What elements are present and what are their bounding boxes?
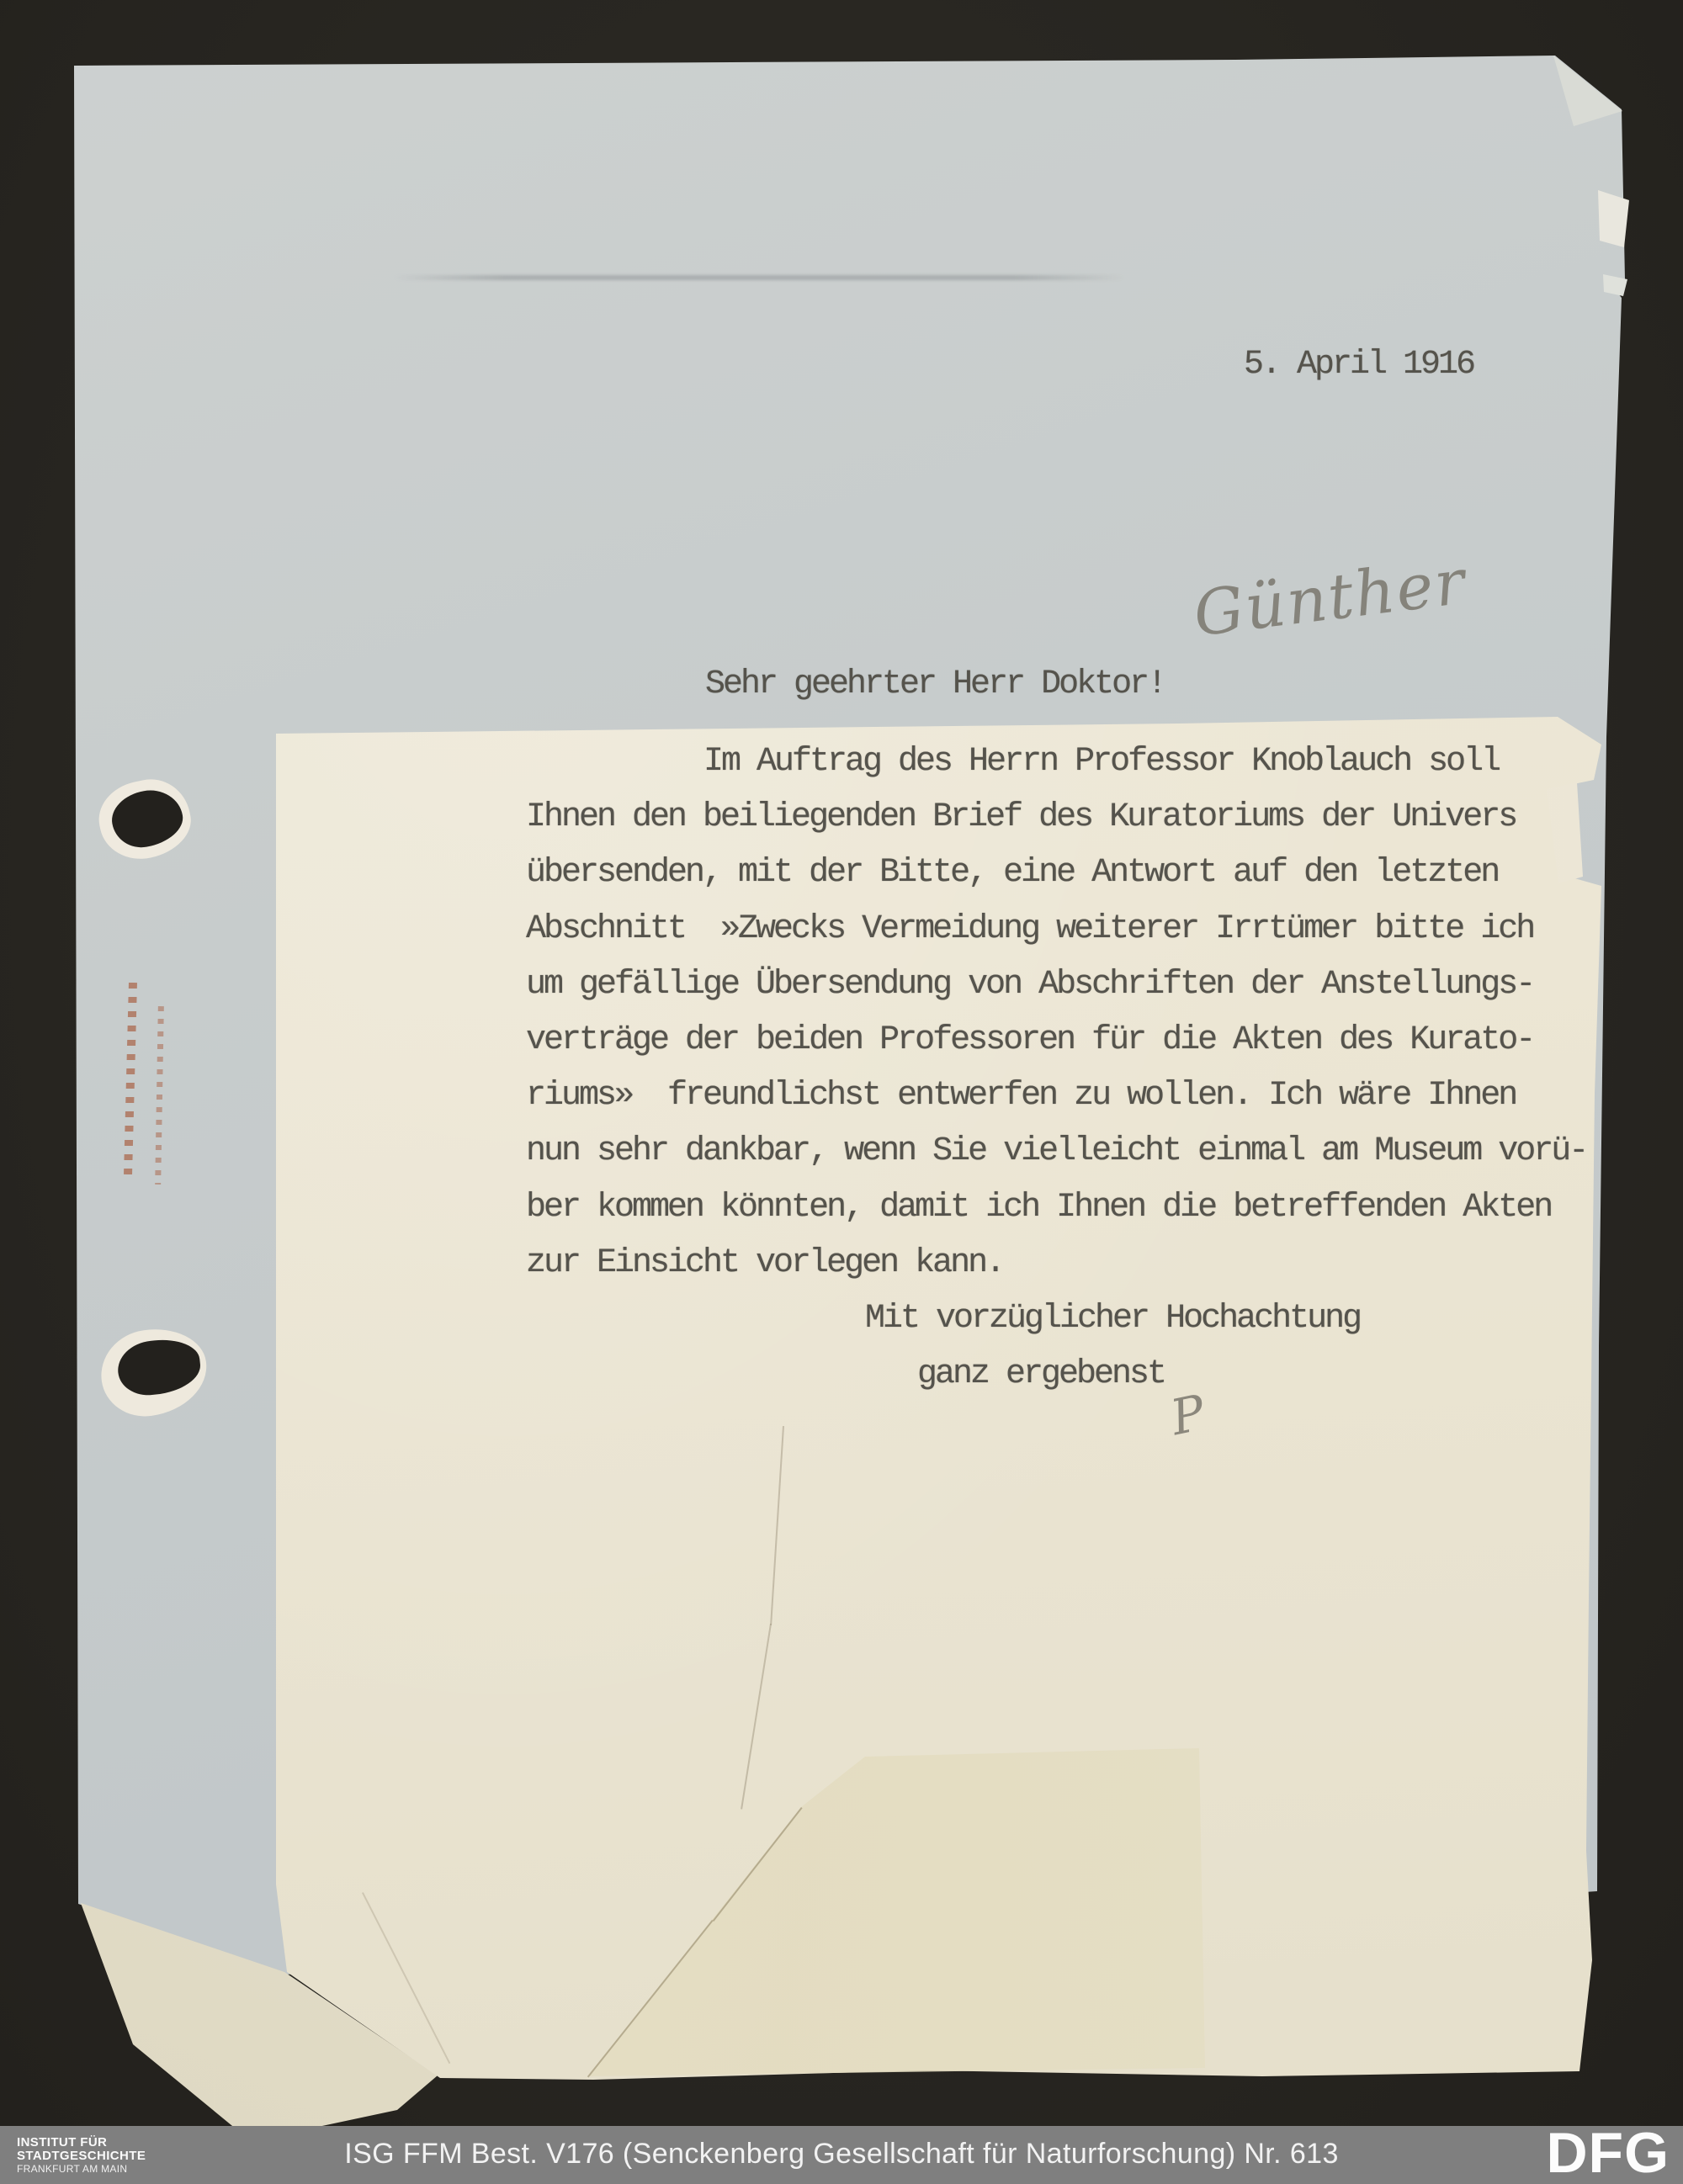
archive-reference: ISG FFM Best. V176 (Senckenberg Gesellsc…: [0, 2126, 1683, 2184]
date-line: 5. April 1916: [1244, 347, 1473, 384]
body-line: Abschnitt »Zwecks Vermeidung weiterer Ir…: [526, 911, 1533, 948]
body-line: Ihnen den beiliegenden Brief des Kurator…: [526, 799, 1516, 836]
closing-line-2: ganz ergebenst: [917, 1356, 1165, 1393]
dfg-logo: DFG: [1546, 2126, 1670, 2184]
body-line: riums» freundlichst entwerfen zu wollen.…: [526, 1078, 1516, 1115]
closing-line-1: Mit vorzüglicher Hochachtung: [865, 1301, 1360, 1338]
body-line: nun sehr dankbar, wenn Sie vielleicht ei…: [526, 1133, 1586, 1170]
ink-ghost-streak: [394, 275, 1124, 280]
body-line: zur Einsicht vorlegen kann.: [526, 1245, 1003, 1282]
body-line: verträge der beiden Professoren für die …: [526, 1022, 1533, 1059]
archival-scan-page: 5. April 1916 Sehr geehrter Herr Doktor!…: [0, 0, 1683, 2184]
body-line: übersenden, mit der Bitte, eine Antwort …: [526, 855, 1498, 892]
body-line: um gefällige Übersendung von Abschriften…: [526, 967, 1533, 1004]
salutation-line: Sehr geehrter Herr Doktor!: [705, 666, 1165, 703]
body-line: Im Auftrag des Herrn Professor Knoblauch…: [703, 744, 1499, 781]
footer-bar: INSTITUT FÜR STADTGESCHICHTE FRANKFURT A…: [0, 2126, 1683, 2184]
body-line: ber kommen könnten, damit ich Ihnen die …: [526, 1190, 1551, 1227]
